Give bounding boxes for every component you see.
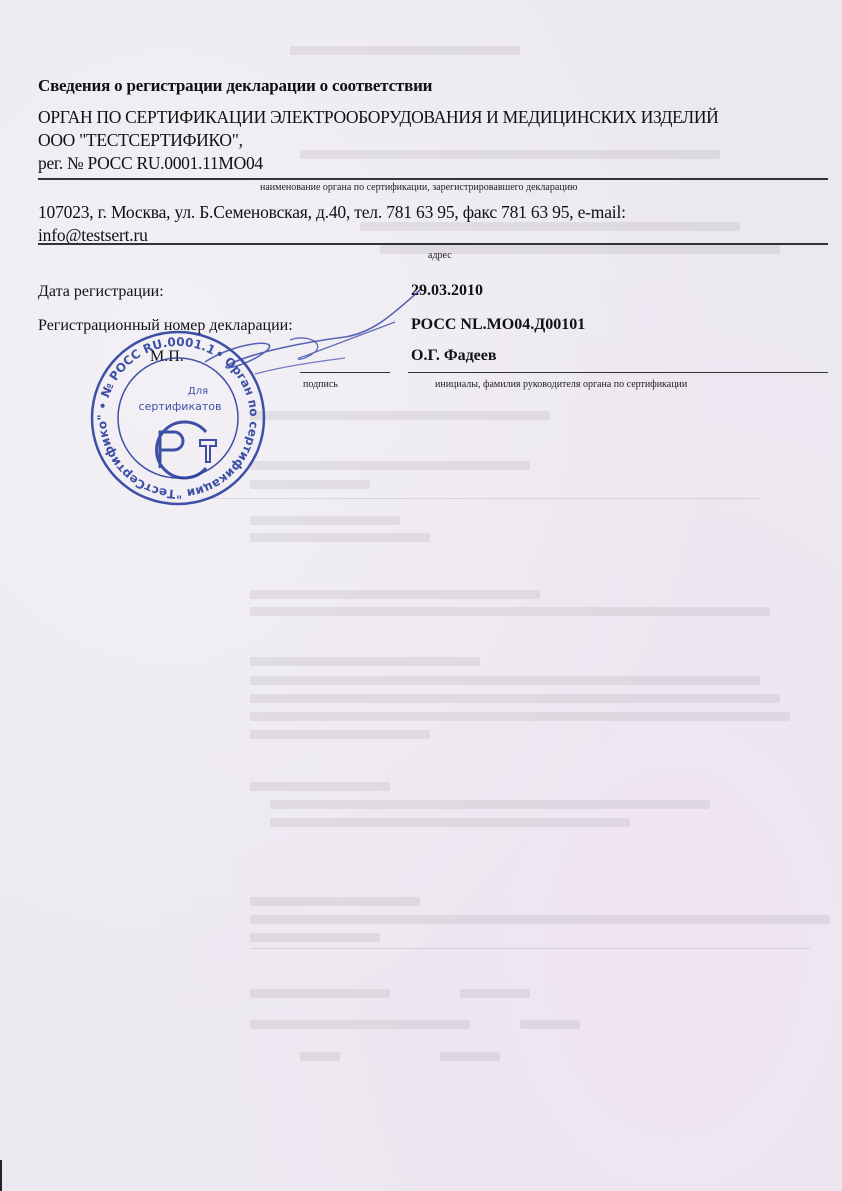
rosstandart-logo-icon (157, 422, 216, 478)
document-title: Сведения о регистрации декларации о соот… (38, 76, 432, 96)
name-caption: инициалы, фамилия руководителя органа по… (435, 379, 687, 390)
organ-caption: наименование органа по сертификации, зар… (260, 182, 577, 193)
organ-reg-number: рег. № РОСС RU.0001.11МО04 (38, 152, 719, 175)
organ-name-line1: ОРГАН ПО СЕРТИФИКАЦИИ ЭЛЕКТРООБОРУДОВАНИ… (38, 106, 719, 129)
address-line1: 107023, г. Москва, ул. Б.Семеновская, д.… (38, 201, 626, 224)
address-caption: адрес (428, 250, 452, 261)
organ-name-line2: ООО "ТЕСТСЕРТИФИКО", (38, 129, 719, 152)
certification-organ: ОРГАН ПО СЕРТИФИКАЦИИ ЭЛЕКТРООБОРУДОВАНИ… (38, 106, 719, 175)
stamp-inner-text-2: сертификатов (139, 400, 222, 413)
registration-date-label: Дата регистрации: (38, 283, 164, 301)
name-divider (408, 372, 828, 373)
scan-edge-mark (0, 1160, 2, 1191)
address-divider (38, 243, 828, 245)
signature-mark (195, 282, 445, 392)
organ-address: 107023, г. Москва, ул. Б.Семеновская, д.… (38, 201, 626, 247)
organ-divider (38, 178, 828, 180)
document-page: Сведения о регистрации декларации о соот… (0, 0, 842, 1191)
